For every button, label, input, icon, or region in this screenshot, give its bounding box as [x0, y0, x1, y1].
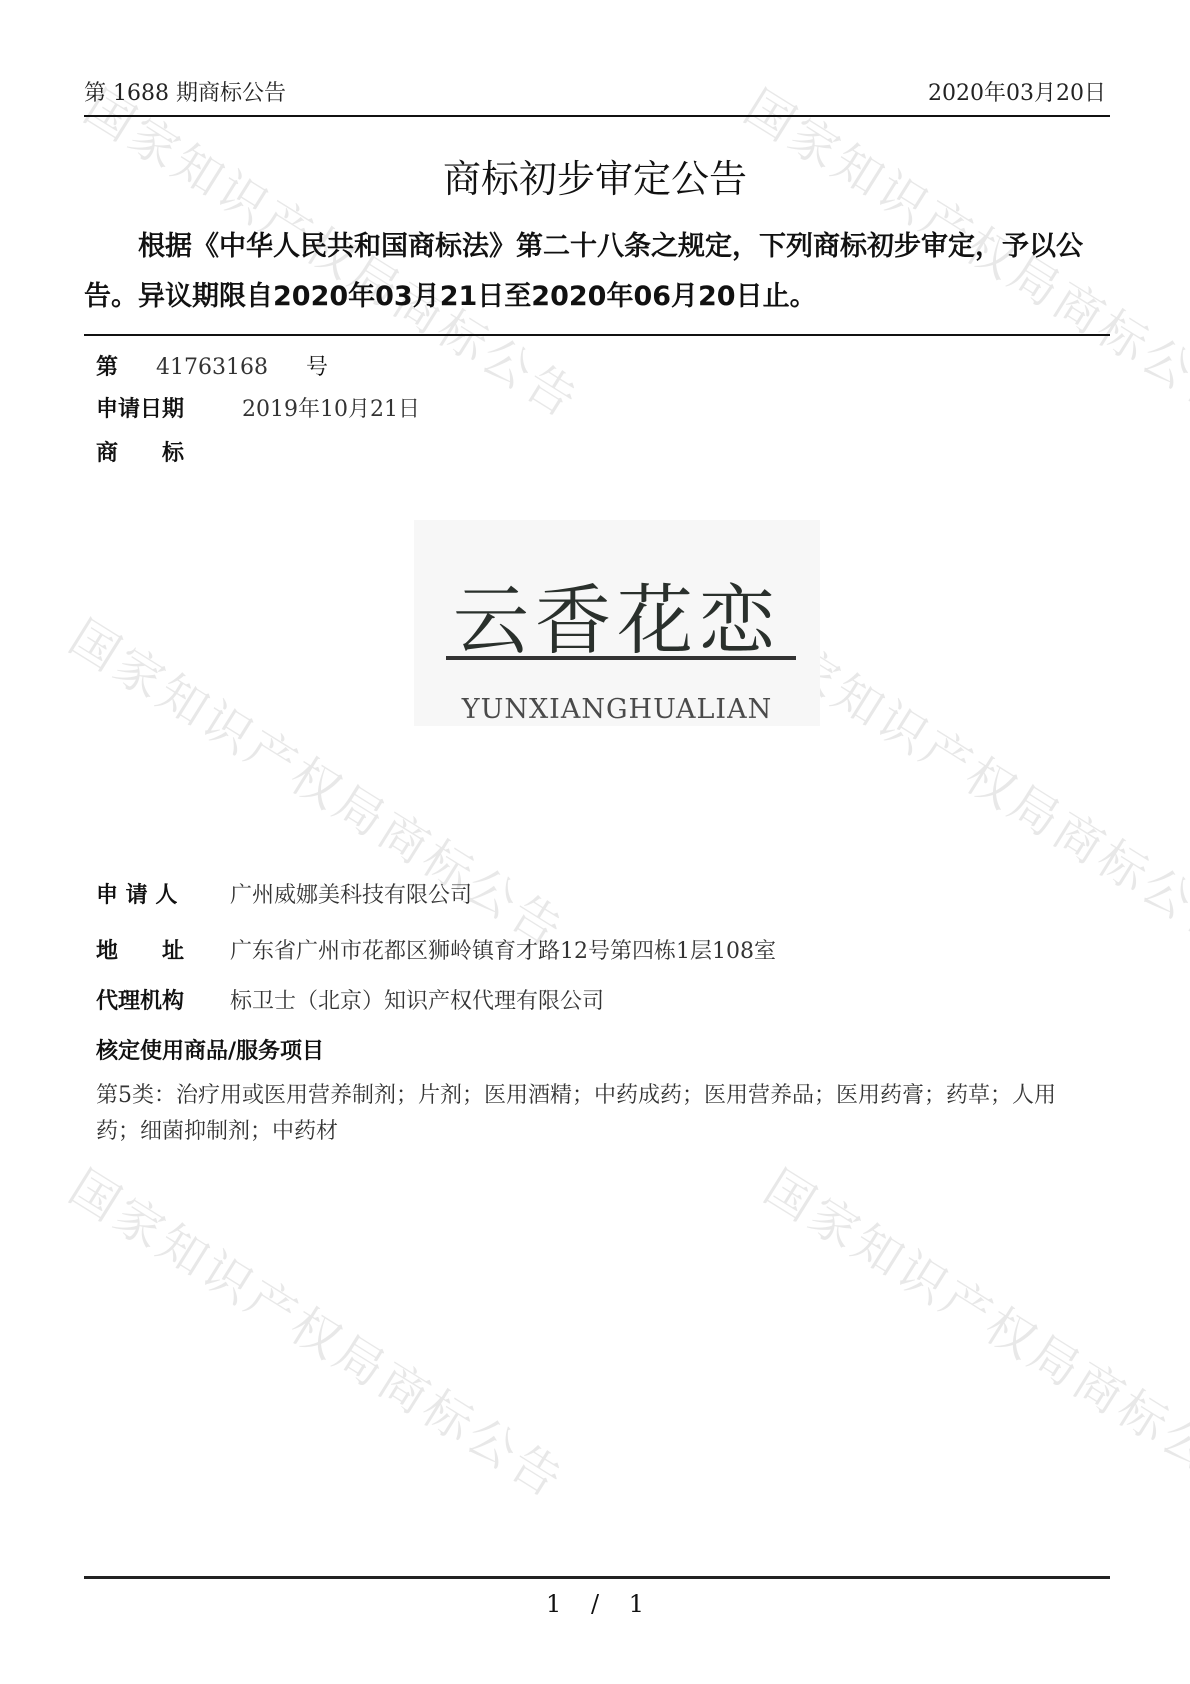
mark-label: 商 标	[96, 436, 184, 467]
registration-number: 41763168	[156, 355, 268, 380]
intro-paragraph: 根据《中华人民共和国商标法》第二十八条之规定，下列商标初步审定，予以公告。异议期…	[84, 222, 1110, 322]
issue-date: 2020年03月20日	[928, 76, 1106, 107]
page-indicator: 1 / 1	[0, 1590, 1190, 1618]
page-separator: /	[591, 1590, 599, 1618]
watermark: 国家知识产权局商标公告	[58, 1150, 580, 1512]
goods-list: 第5类：治疗用或医用营养制剂；片剂；医用酒精；中药成药；医用营养品；医用药膏；药…	[96, 1078, 1096, 1150]
apply-date: 2019年10月21日	[242, 392, 420, 423]
issue-number: 第 1688 期商标公告	[84, 76, 286, 107]
trademark-underline	[446, 656, 796, 660]
agency-row: 代理机构 标卫士（北京）知识产权代理有限公司	[96, 984, 604, 1015]
address: 广东省广州市花都区狮岭镇育才路12号第四栋1层108室	[230, 934, 776, 965]
page-title: 商标初步审定公告	[0, 148, 1190, 203]
apply-date-label: 申请日期	[96, 392, 184, 423]
goods-heading-row: 核定使用商品/服务项目	[96, 1034, 324, 1065]
applicant-label: 申 请 人	[96, 878, 230, 909]
current-page: 1	[546, 1590, 561, 1618]
section-divider	[84, 334, 1110, 336]
address-row: 地 址 广东省广州市花都区狮岭镇育才路12号第四栋1层108室	[96, 934, 776, 965]
mark-row: 商 标	[96, 436, 184, 467]
header-divider	[84, 115, 1110, 117]
registration-number-row: 第 41763168 号	[96, 350, 328, 381]
total-pages: 1	[629, 1590, 644, 1618]
number-label-prefix: 第	[96, 350, 118, 381]
trademark-chinese: 云香花恋	[414, 560, 820, 669]
watermark: 国家知识产权局商标公告	[753, 1150, 1190, 1512]
agency: 标卫士（北京）知识产权代理有限公司	[230, 984, 604, 1015]
goods-label: 核定使用商品/服务项目	[96, 1034, 324, 1065]
applicant: 广州威娜美科技有限公司	[230, 878, 472, 909]
applicant-row: 申 请 人 广州威娜美科技有限公司	[96, 878, 472, 909]
agency-label: 代理机构	[96, 984, 230, 1015]
address-label: 地 址	[96, 934, 230, 965]
footer-divider	[84, 1576, 1110, 1579]
apply-date-row: 申请日期 2019年10月21日	[96, 392, 420, 423]
number-label-suffix: 号	[306, 350, 328, 381]
trademark-pinyin: YUNXIANGHUALIAN	[414, 694, 820, 725]
